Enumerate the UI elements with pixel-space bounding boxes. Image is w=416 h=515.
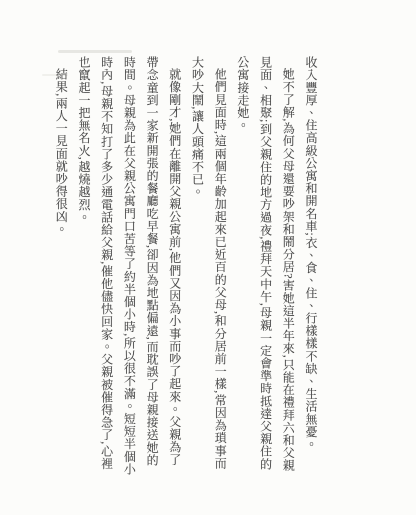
paragraph: 收入豐厚、住高級公寓和開名車;衣、食、住、行樣樣不缺、生活無憂。 — [299, 56, 322, 476]
vertical-text-block: 收入豐厚、住高級公寓和開名車;衣、食、住、行樣樣不缺、生活無憂。 她不了解,為何… — [36, 56, 322, 476]
paragraph: 她不了解,為何父母還要吵架和鬧分居?害她這半年來,只能在禮拜六和父親見面、相聚;… — [231, 56, 299, 476]
paragraph: 結果,兩人一見面就吵得很凶。 — [50, 56, 73, 476]
paragraph: 就像剛才,她們在離開父親公寓前,他們又因為小事而吵了起來。父親為了帶念童到一家新… — [72, 56, 186, 476]
scanned-book-page: 收入豐厚、住高級公寓和開名車;衣、食、住、行樣樣不缺、生活無憂。 她不了解,為何… — [0, 0, 416, 515]
paragraph: 他們見面時,這兩個年齡加起來已近百的父母,和分居前一樣,常因為瑣事而大吵大鬧,讓… — [186, 56, 231, 476]
scan-artifact-line — [58, 50, 132, 53]
